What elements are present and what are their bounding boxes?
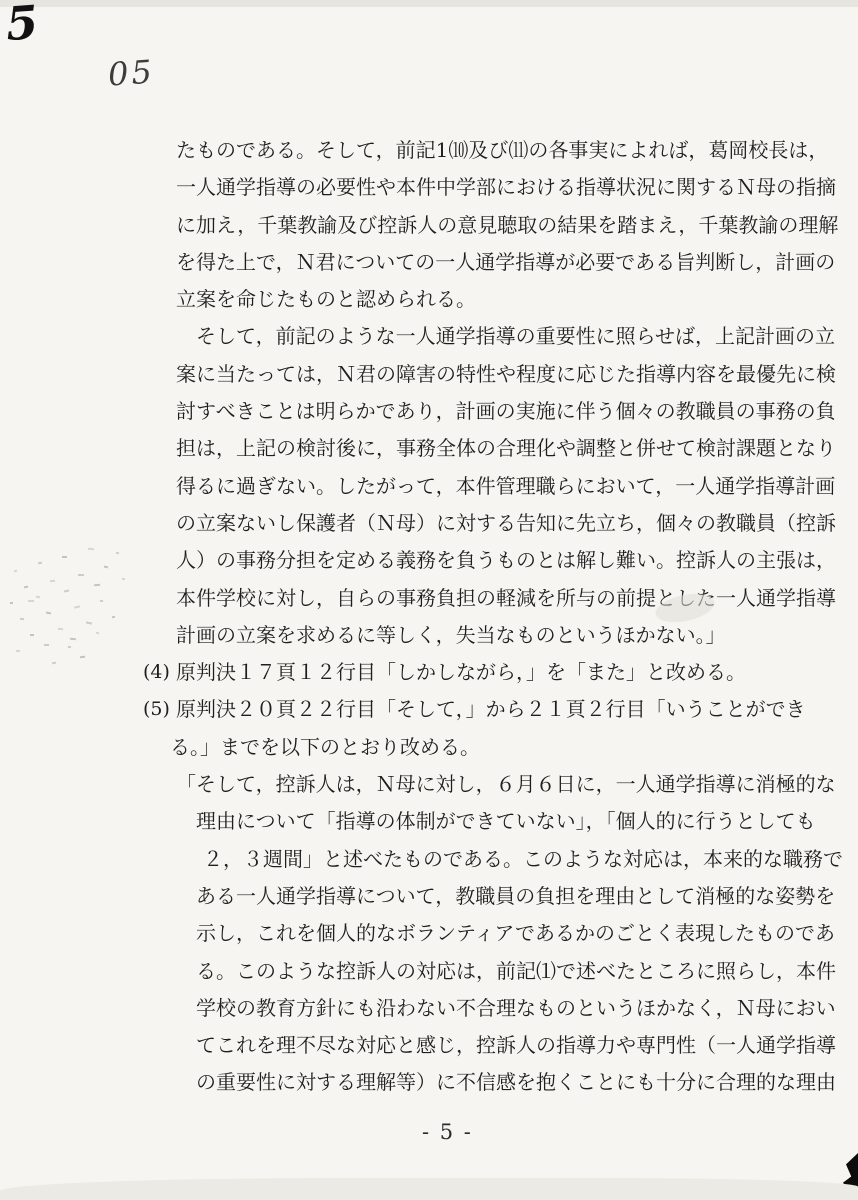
- text-line: 学校の教育方針にも沿わない不合理なものというほかなく，Ｎ母におい: [196, 990, 844, 1027]
- scan-noise-mark: [88, 548, 94, 550]
- scan-noise-mark: [58, 628, 63, 630]
- text-line: の重要性に対する理解等）に不信感を抱くことにも十分に合理的な理由: [196, 1064, 844, 1101]
- scan-noise-mark: [50, 580, 55, 582]
- text-line-content: 一人通学指導の必要性や本件中学部における指導状況に関するＮ母の指摘: [176, 175, 836, 199]
- text-line-content: 学校の教育方針にも沿わない不合理なものというほかなく，Ｎ母におい: [196, 996, 836, 1020]
- text-line-content: 得るに過ぎない。したがって，本件管理職らにおいて，一人通学指導計画: [176, 474, 835, 498]
- scan-noise-mark: [86, 621, 92, 624]
- text-line: てこれを理不尽な対応と感じ，控訴人の指導力や専門性（一人通学指導: [196, 1027, 844, 1064]
- text-line: そして，前記のような一人通学指導の重要性に照らせば，上記計画の立: [196, 318, 844, 355]
- scan-noise-mark: [96, 632, 99, 634]
- text-line: ２，３週間」と述べたものである。このような対応は，本来的な職務で: [203, 841, 844, 878]
- text-line-content: る。このような控訴人の対応は，前記⑴で述べたところに照らし，本件: [196, 959, 836, 983]
- scan-noise-mark: [44, 644, 49, 646]
- text-line-content: 原判決２０頁２２行目「そして，」から２１頁２行目「いうことができ: [176, 697, 806, 721]
- text-line: ある一人通学指導について，教職員の負担を理由として消極的な姿勢を: [196, 878, 844, 915]
- text-line-content: る。」までを以下のとおり改める。: [170, 735, 480, 759]
- text-line: 立案を命じたものと認められる。: [176, 281, 844, 318]
- scan-noise-mark: [68, 646, 71, 648]
- text-line-content: の重要性に対する理解等）に不信感を抱くことにも十分に合理的な理由: [196, 1070, 836, 1094]
- text-line: を得た上で，Ｎ君についての一人通学指導が必要である旨判断し，計画の: [176, 244, 844, 281]
- text-line-content: 討すべきことは明らかであり，計画の実施に伴う個々の教職員の事務の負: [176, 399, 836, 423]
- text-line-content: 立案を命じたものと認められる。: [176, 287, 476, 311]
- text-line-content: 「そして，控訴人は，Ｎ母に対し，６月６日に，一人通学指導に消極的な: [176, 772, 836, 796]
- text-line: に加え，千葉教諭及び控訴人の意見聴取の結果を踏まえ，千葉教諭の理解: [176, 207, 844, 244]
- handwritten-page-code: 05: [107, 52, 156, 93]
- text-line: 担は，上記の検討後に，事務全体の合理化や調整と併せて検討課題となり: [176, 430, 844, 467]
- scan-noise-mark: [64, 589, 69, 592]
- scan-noise-mark: [16, 650, 20, 652]
- text-line-content: そして，前記のような一人通学指導の重要性に照らせば，上記計画の立: [196, 324, 835, 348]
- scan-edge-bottom: [0, 1178, 858, 1200]
- text-line-content: 本件学校に対し，自らの事務負担の軽減を所与の前提とした一人通学指導: [176, 586, 836, 610]
- scan-noise-mark: [104, 566, 108, 568]
- scan-noise-mark: [116, 552, 119, 554]
- scan-noise-mark: [46, 611, 51, 614]
- scan-noise-mark: [20, 618, 24, 620]
- text-line-content: ２，３週間」と述べたものである。このような対応は，本来的な職務で: [203, 847, 843, 871]
- scanned-document-page: 5 05 たものである。そして，前記1⑽及び⑾の各事実によれば，葛岡校長は，一人…: [0, 0, 858, 1200]
- scan-noise-mark: [94, 584, 100, 586]
- text-line: 計画の立案を求めるに等しく，失当なものというほかない。」: [176, 617, 844, 654]
- scan-noise-mark: [100, 600, 103, 602]
- scan-noise-mark: [36, 596, 40, 598]
- text-line: 案に当たっては，Ｎ君の障害の特性や程度に応じた指導内容を最優先に検: [176, 356, 844, 393]
- text-line: の立案ないし保護者（Ｎ母）に対する告知に先立ち，個々の教職員（控訴: [176, 505, 844, 542]
- text-line-content: 担は，上記の検討後に，事務全体の合理化や調整と併せて検討課題となり: [176, 436, 836, 460]
- scan-noise-mark: [80, 656, 85, 658]
- scan-noise-mark: [24, 586, 28, 588]
- text-line-content: 原判決１７頁１２行目「しかしながら，」を「また」と改める。: [176, 660, 746, 684]
- scan-noise-mark: [38, 562, 42, 564]
- text-line-content: てこれを理不尽な対応と感じ，控訴人の指導力や専門性（一人通学指導: [196, 1033, 836, 1057]
- scan-noise-mark: [122, 578, 125, 580]
- scan-edge-top: [0, 0, 858, 7]
- scan-noise-mark: [52, 662, 56, 664]
- text-line-content: たものである。そして，前記1⑽及び⑾の各事実によれば，葛岡校長は，: [176, 138, 828, 162]
- scan-noise-mark: [28, 600, 34, 602]
- text-line: 理由について「指導の体制ができていない」，「個人的に行うとしても: [196, 803, 844, 840]
- scan-noise-mark: [14, 570, 17, 572]
- scan-noise-mark: [78, 574, 84, 576]
- text-line-content: ある一人通学指導について，教職員の負担を理由として消極的な姿勢を: [196, 884, 835, 908]
- text-line: 本件学校に対し，自らの事務負担の軽減を所与の前提とした一人通学指導: [176, 580, 844, 617]
- text-line: る。」までを以下のとおり改める。: [170, 729, 844, 766]
- text-line: 討すべきことは明らかであり，計画の実施に伴う個々の教職員の事務の負: [176, 393, 844, 430]
- handwritten-corner-number: 5: [4, 0, 40, 51]
- scan-noise-mark: [62, 556, 67, 558]
- document-body: たものである。そして，前記1⑽及び⑾の各事実によれば，葛岡校長は，一人通学指導の…: [176, 132, 844, 1102]
- scan-noise-mark: [112, 616, 115, 618]
- item-marker: (5): [143, 691, 170, 728]
- text-line: る。このような控訴人の対応は，前記⑴で述べたところに照らし，本件: [196, 953, 844, 990]
- scan-noise-mark: [70, 638, 76, 640]
- text-line-content: の立案ないし保護者（Ｎ母）に対する告知に先立ち，個々の教職員（控訴: [176, 511, 836, 535]
- text-line: たものである。そして，前記1⑽及び⑾の各事実によれば，葛岡校長は，: [176, 132, 844, 169]
- text-line: 「そして，控訴人は，Ｎ母に対し，６月６日に，一人通学指導に消極的な: [176, 766, 844, 803]
- scan-noise-mark: [74, 605, 80, 608]
- text-line-content: 人）の事務分担を定める義務を負うものとは解し難い。控訴人の主張は，: [176, 548, 836, 572]
- text-line: 一人通学指導の必要性や本件中学部における指導状況に関するＮ母の指摘: [176, 169, 844, 206]
- text-line: (4)原判決１７頁１２行目「しかしながら，」を「また」と改める。: [176, 654, 844, 691]
- text-line-content: 示し，これを個人的なボランティアであるかのごとく表現したものであ: [196, 921, 835, 945]
- text-line-content: 理由について「指導の体制ができていない」，「個人的に行うとしても: [196, 809, 816, 833]
- text-line-content: に加え，千葉教諭及び控訴人の意見聴取の結果を踏まえ，千葉教諭の理解: [176, 213, 838, 237]
- text-line: 人）の事務分担を定める義務を負うものとは解し難い。控訴人の主張は，: [176, 542, 844, 579]
- text-line-content: を得た上で，Ｎ君についての一人通学指導が必要である旨判断し，計画の: [176, 250, 835, 274]
- text-line-content: 計画の立案を求めるに等しく，失当なものというほかない。」: [176, 623, 726, 647]
- scan-noise-mark: [30, 634, 34, 636]
- text-line: (5)原判決２０頁２２行目「そして，」から２１頁２行目「いうことができ: [176, 691, 844, 728]
- scan-noise-mark: [10, 602, 13, 604]
- text-line: 得るに過ぎない。したがって，本件管理職らにおいて，一人通学指導計画: [176, 468, 844, 505]
- page-number-footer: - 5 -: [422, 1120, 473, 1144]
- text-line: 示し，これを個人的なボランティアであるかのごとく表現したものであ: [196, 915, 844, 952]
- item-marker: (4): [143, 654, 170, 691]
- text-line-content: 案に当たっては，Ｎ君の障害の特性や程度に応じた指導内容を最優先に検: [176, 362, 836, 386]
